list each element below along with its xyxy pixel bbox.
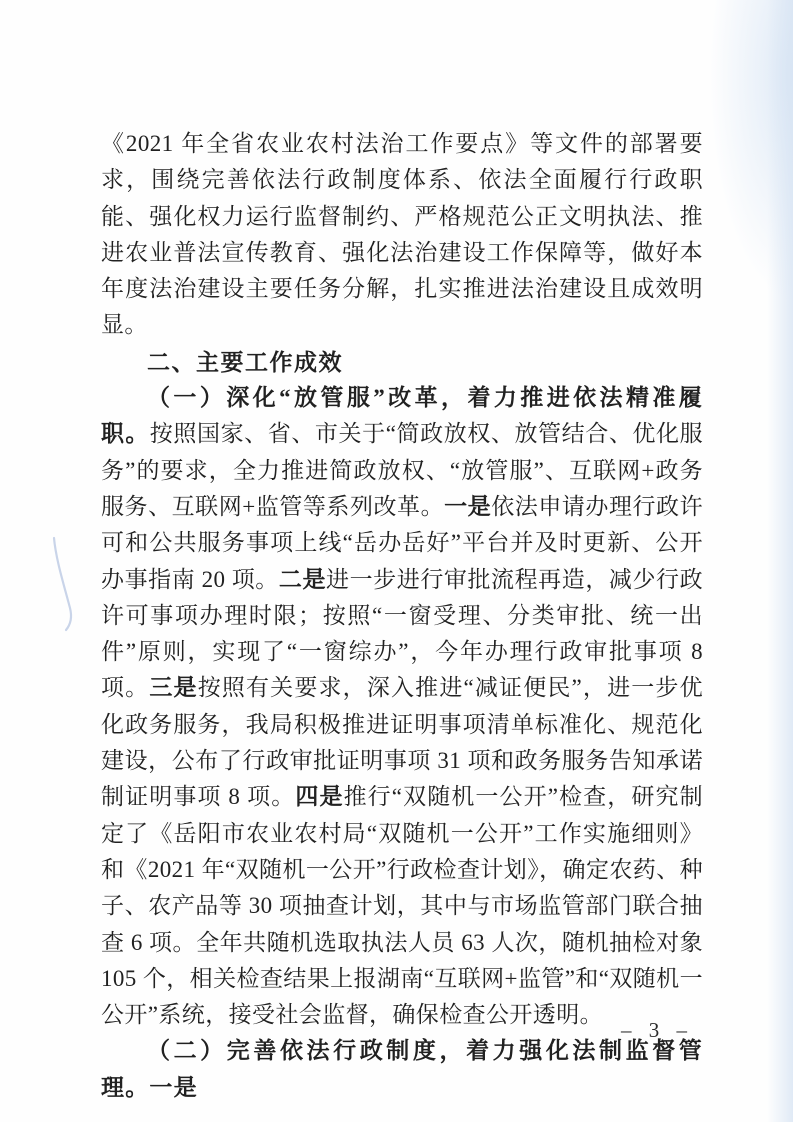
list-marker-yishi: 一是 xyxy=(444,494,491,519)
scanned-document-page: 《2021 年全省农业农村法治工作要点》等文件的部署要求，围绕完善依法行政制度体… xyxy=(0,0,793,1122)
list-marker-sishi: 四是 xyxy=(295,784,343,809)
intro-text: 《2021 年全省农业农村法治工作要点》等文件的部署要求，围绕完善依法行政制度体… xyxy=(101,131,703,337)
pen-mark-artifact xyxy=(36,530,86,640)
section-two-marker-yishi: 一是 xyxy=(149,1075,197,1100)
section-heading: 二、主要工作成效 xyxy=(101,344,703,380)
paragraph-section-one: （一）深化“放管服”改革，着力推进依法精准履职。按照国家、省、市关于“简政放权、… xyxy=(101,380,703,1033)
paragraph-intro: 《2021 年全省农业农村法治工作要点》等文件的部署要求，围绕完善依法行政制度体… xyxy=(101,126,703,344)
paragraph-section-two: （二）完善依法行政制度，着力强化法制监督管理。一是 xyxy=(101,1033,703,1106)
list-marker-ershi: 二是 xyxy=(279,567,326,592)
list-marker-sanshi: 三是 xyxy=(149,675,197,700)
document-body: 《2021 年全省农业农村法治工作要点》等文件的部署要求，围绕完善依法行政制度体… xyxy=(101,126,703,1106)
section-one-body5: 推行“双随机一公开”检查，研究制定了《岳阳市农业农村局“双随机一公开”工作实施细… xyxy=(101,784,703,1027)
page-number: – 3 – xyxy=(621,1018,693,1043)
scan-tint-right-edge xyxy=(767,0,793,1122)
